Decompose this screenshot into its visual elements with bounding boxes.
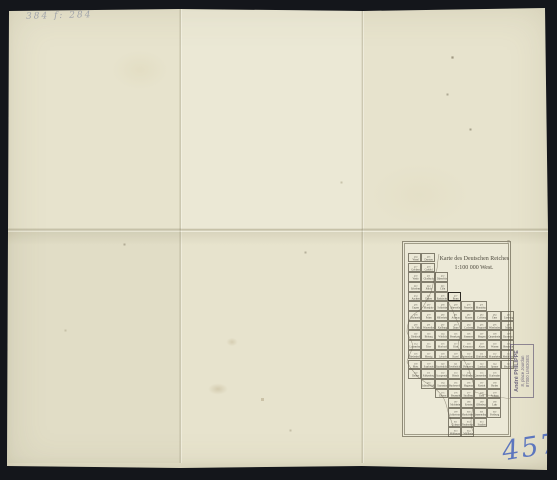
sheet-cell: 613Staufen	[474, 418, 487, 428]
sheet-cell: 469Ahrweiler	[448, 301, 461, 311]
sheet-cell: 577Straßburg	[461, 389, 474, 399]
sheet-cell: 505Bernkastel	[448, 330, 461, 340]
sheet-cell: 502Diekirch	[408, 330, 421, 340]
sheet-cell: 509Darmstadt	[501, 330, 514, 340]
sheet-cell: 553Bitsch	[448, 369, 461, 379]
owner-stamp: André PHILIPPE 8, place Jourdan 87000 LI…	[510, 344, 534, 398]
sheet-cell: 405Dorsten	[421, 253, 434, 263]
sheet-cell: 565Buchsweiler	[448, 379, 461, 389]
sheet-cell: 431Gladbach	[421, 272, 434, 282]
sheet-cell: 484Ems	[487, 311, 500, 321]
sheet-cell: 508Oppenheim	[487, 330, 500, 340]
sheet-cell: 466Eupen	[408, 301, 421, 311]
sheet-cell: 479Prüm	[421, 311, 434, 321]
sheet-cell: 418Crefeld	[421, 263, 434, 273]
sheet-cell: 518Kreuznach	[461, 340, 474, 350]
sheet-cell: 494Cochem	[461, 321, 474, 331]
sheet-cell: 568Baden	[487, 379, 500, 389]
sheet-cell: 467Montjoie	[421, 301, 434, 311]
sheet-cell: 539Saarlouis	[421, 360, 434, 370]
sheet-cell: 481Adenau	[448, 311, 461, 321]
sheet-cell: 544Speyer	[487, 360, 500, 370]
sheet-cell: 493Daun	[448, 321, 461, 331]
panel-tint-top-middle	[181, 10, 362, 229]
sheet-cell: 526Diedenhofen	[408, 350, 421, 360]
sheet-cell: 507Bingen	[474, 330, 487, 340]
sheet-cell: 430Venlo	[408, 272, 421, 282]
scan-background: 384 f: 284 Karte des Deutschen Reiches 1…	[0, 0, 557, 480]
sheet-cell: 590Lahr	[487, 398, 500, 408]
sheet-cell: 529Kusel	[448, 350, 461, 360]
sheet-cell: 470Neuwied	[461, 301, 474, 311]
sheet-cell: 503Bitburg	[421, 330, 434, 340]
sheet-cell: 492Kyllburg	[435, 321, 448, 331]
sheet-cell: 532Mannheim	[487, 350, 500, 360]
sheet-cell: 542Pirmasens	[461, 360, 474, 370]
sheet-cell: 445Cöln	[435, 282, 448, 292]
sheet-cell: 454Aachen	[408, 292, 421, 302]
sheet-cell: 514Luxemburg	[408, 340, 421, 350]
sheet-cell: 543Landau	[474, 360, 487, 370]
sheet-cell: 530Kaiserslautern	[461, 350, 474, 360]
sheet-cell: 519Alzey	[474, 340, 487, 350]
sheet-cell: 482Mayen	[461, 311, 474, 321]
sheet-cell: 578Kehl	[474, 389, 487, 399]
sheet-cell: 601Emmendingen	[474, 408, 487, 418]
sheet-cell: 552Saargemünd	[435, 369, 448, 379]
map-verso-paper: 384 f: 284 Karte des Deutschen Reiches 1…	[0, 0, 557, 480]
sheet-cell: 612Neubreisach	[461, 418, 474, 428]
sheet-cell: 531Dürkheim	[474, 350, 487, 360]
sheet-cell: 588Erstein	[461, 398, 474, 408]
sheet-cell: 478Malmedy	[408, 311, 421, 321]
sheet-cell: 563Château-Salins	[421, 379, 434, 389]
sheet-cell: 516Morbach	[435, 340, 448, 350]
sheet-cell: 566Hagenau	[461, 379, 474, 389]
sheet-cell: 495Boppard	[474, 321, 487, 331]
sheet-grid: 404Wesel405Dorsten417Geldern418Crefeld43…	[405, 244, 508, 434]
sheet-cell: 599Schlettstadt	[448, 408, 461, 418]
sheet-cell: 504Wittlich	[435, 330, 448, 340]
handwritten-shelfmark: 384 f: 284	[26, 10, 93, 22]
sheet-cell: 602Freiburg	[487, 408, 500, 418]
sheet-cell: 404Wesel	[408, 253, 421, 263]
sheet-cell: 490St. Vith	[408, 321, 421, 331]
sheet-cell: 576Brumath	[448, 389, 461, 399]
sheet-cell: 432Düsseldorf	[435, 272, 448, 282]
sheet-cell: 555Germersheim	[474, 369, 487, 379]
sheet-cell: 471Montabaur	[474, 301, 487, 311]
sheet-cell: 623Mülhausen	[448, 427, 461, 437]
sheet-cell: 528Lebach	[435, 350, 448, 360]
sheet-cell: 517Kirn	[448, 340, 461, 350]
sheet-cell: 611Colmar	[448, 418, 461, 428]
sheet-cell: 527Merzig	[421, 350, 434, 360]
sheet-cell: 551Falkenberg	[421, 369, 434, 379]
sheet-cell: 540Saarbrücken	[435, 360, 448, 370]
stamp-city: 87000 LIMOGES	[525, 355, 530, 387]
paper-specks	[0, 0, 1, 1]
sheet-cell: 579Achern	[487, 389, 500, 399]
sheet-cell: 483Coblenz	[474, 311, 487, 321]
sheet-cell: 556Karlsruhe	[487, 369, 500, 379]
sheet-cell: 589Offenburg	[474, 398, 487, 408]
sheet-cell: 497Mainz	[501, 321, 514, 331]
sheet-cell: 624Müllheim	[461, 427, 474, 437]
sheet-cell: 541Zweibrücken	[448, 360, 461, 370]
sheet-cell: 520Worms	[487, 340, 500, 350]
sheet-cell: 554Weißenburg	[461, 369, 474, 379]
sheet-cell: 456Euskirchen	[435, 292, 448, 302]
sheet-cell: 455Düren	[421, 292, 434, 302]
sheet-cell: 506Simmern	[461, 330, 474, 340]
sheet-cell: 480Hillesheim	[435, 311, 448, 321]
index-panel-inner-frame: Karte des Deutschen Reiches 1:100 000 We…	[404, 243, 509, 435]
sheet-cell: 550Delme	[408, 369, 421, 379]
sheet-cell: 564Saarunion	[435, 379, 448, 389]
sheet-cell: 468Schleiden	[435, 301, 448, 311]
sheet-cell: 491Waxweiler	[421, 321, 434, 331]
sheet-cell: 567Rastatt	[474, 379, 487, 389]
sheet-cell: 515Trier	[421, 340, 434, 350]
sheet-cell: 496Wiesbaden	[487, 321, 500, 331]
sheet-cell: 485Limburg	[501, 311, 514, 321]
sheet-cell: 600Markolsheim	[461, 408, 474, 418]
sheet-cell: 575Zabern	[435, 389, 448, 399]
sheet-cell: 443Erkelenz	[408, 282, 421, 292]
sheet-cell: 444Jülich	[421, 282, 434, 292]
sheet-index-panel: Karte des Deutschen Reiches 1:100 000 We…	[402, 241, 511, 437]
sheet-cell: 538Metz	[408, 360, 421, 370]
panel-tint-bottom-left	[8, 231, 180, 463]
sheet-cell: 587Molsheim	[448, 398, 461, 408]
sheet-cell: 417Geldern	[408, 263, 421, 273]
sheet-cell-highlighted: 457Bonn	[448, 292, 461, 302]
